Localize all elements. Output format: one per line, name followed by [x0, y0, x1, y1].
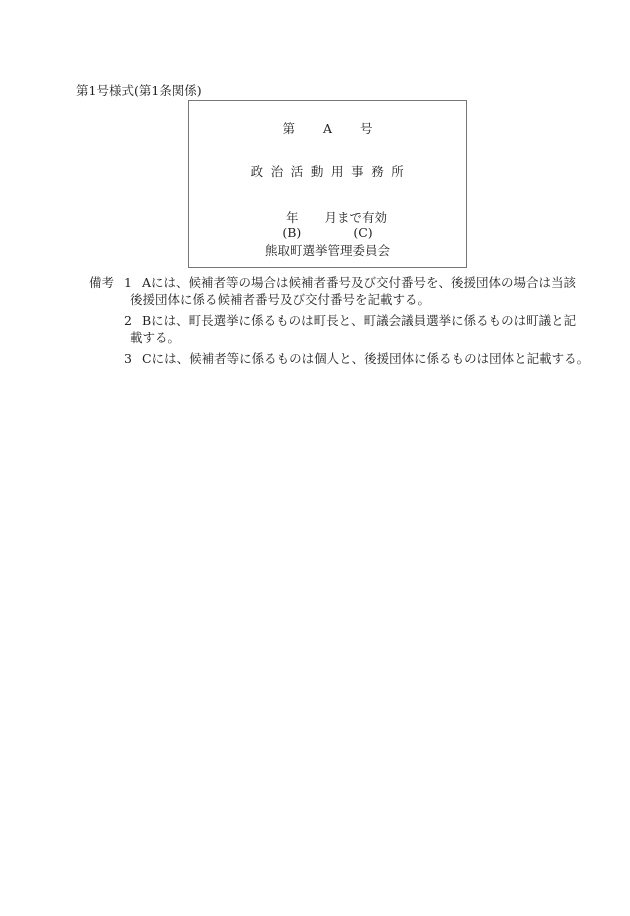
placeholder-c: (C) [353, 225, 372, 240]
sign-number-line: 第A号 [189, 119, 466, 137]
office-sign-box: 第A号 政治活動用事務所 年月まで有効 (B)(C) 熊取町選挙管理委員会 [188, 100, 467, 268]
validity-line: 年月まで有効 [189, 208, 466, 226]
number-suffix: 号 [360, 119, 373, 137]
note-2-line-2: 載する。 [130, 329, 180, 346]
valid-year: 年 [286, 208, 299, 226]
note-1-line-2: 後援団体に係る候補者番号及び交付番号を記載する。 [130, 291, 430, 308]
placeholder-b: (B) [282, 225, 301, 240]
valid-month-until: 月まで有効 [325, 210, 388, 225]
form-title: 第1号様式(第1条関係) [76, 81, 202, 99]
note-3-line-1: Cには、候補者等に係るものは個人と、後援団体に係るものは団体と記載する。 [142, 350, 589, 367]
office-label: 政治活動用事務所 [189, 162, 466, 180]
number-prefix: 第 [282, 119, 295, 137]
number-placeholder: A [323, 121, 332, 136]
issuer-name: 熊取町選挙管理委員会 [189, 241, 466, 259]
note-3-number: 3 [124, 350, 132, 367]
note-1-number: 1 [124, 274, 132, 291]
note-1-line-1: Aには、候補者等の場合は候補者番号及び交付番号を、後援団体の場合は当該 [142, 274, 576, 291]
note-2-number: 2 [124, 312, 132, 329]
note-2-line-1: Bには、町長選挙に係るものは町長と、町議会議員選挙に係るものは町議と記 [142, 312, 576, 329]
notes-heading: 備考 [89, 274, 114, 291]
placeholder-line: (B)(C) [189, 225, 466, 240]
